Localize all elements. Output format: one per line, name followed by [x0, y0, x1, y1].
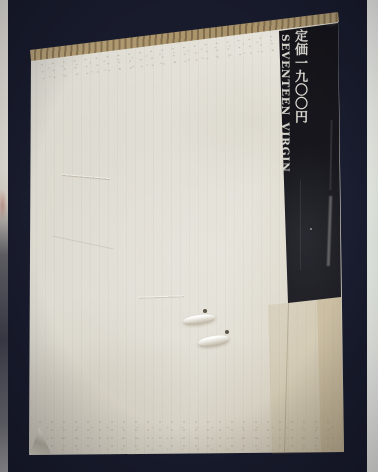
photo-scene: SEVENTEEN VIRGIN 定価一九〇〇円 [0, 0, 378, 472]
photo-left-border [0, 0, 8, 472]
title-text: SEVENTEEN VIRGIN [279, 34, 290, 166]
dent-mark [225, 330, 229, 334]
scuff-mark [327, 196, 332, 266]
scuff-mark [300, 180, 301, 270]
scuff-mark [329, 120, 332, 190]
photo-right-border [367, 0, 378, 472]
price-text: 定価一九〇〇円 [292, 29, 307, 129]
scuff-mark [310, 228, 312, 230]
red-smudge [0, 190, 7, 220]
dent-mark [203, 309, 207, 313]
